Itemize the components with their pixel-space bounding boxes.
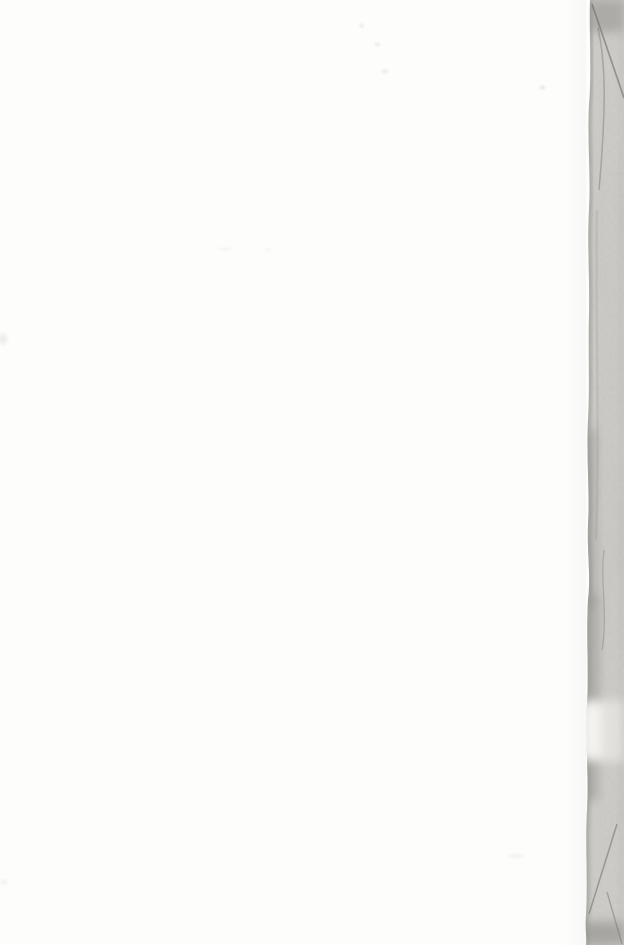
- edge-smudge: [0, 876, 12, 888]
- page-edge-strip: [582, 0, 624, 945]
- edge-bottom-shadow: [582, 922, 624, 945]
- edge-right-shading: [620, 0, 624, 945]
- edge-smudge: [0, 328, 12, 350]
- edge-dark-blotch: [584, 762, 598, 800]
- edge-top-shadow: [588, 0, 624, 32]
- edge-mid-shadow-band: [584, 430, 596, 605]
- dust-smudge: [262, 246, 274, 253]
- dust-speck: [357, 21, 366, 30]
- edge-dark-band: [586, 596, 598, 706]
- dust-speck: [372, 40, 383, 49]
- dust-speck: [379, 67, 391, 76]
- edge-worn-highlight: [582, 704, 602, 758]
- dust-smudge: [503, 851, 529, 861]
- dust-smudge: [214, 245, 236, 253]
- dust-speck: [537, 83, 548, 92]
- scanned-page: [0, 0, 624, 945]
- crease-vertical-streak: [596, 210, 598, 540]
